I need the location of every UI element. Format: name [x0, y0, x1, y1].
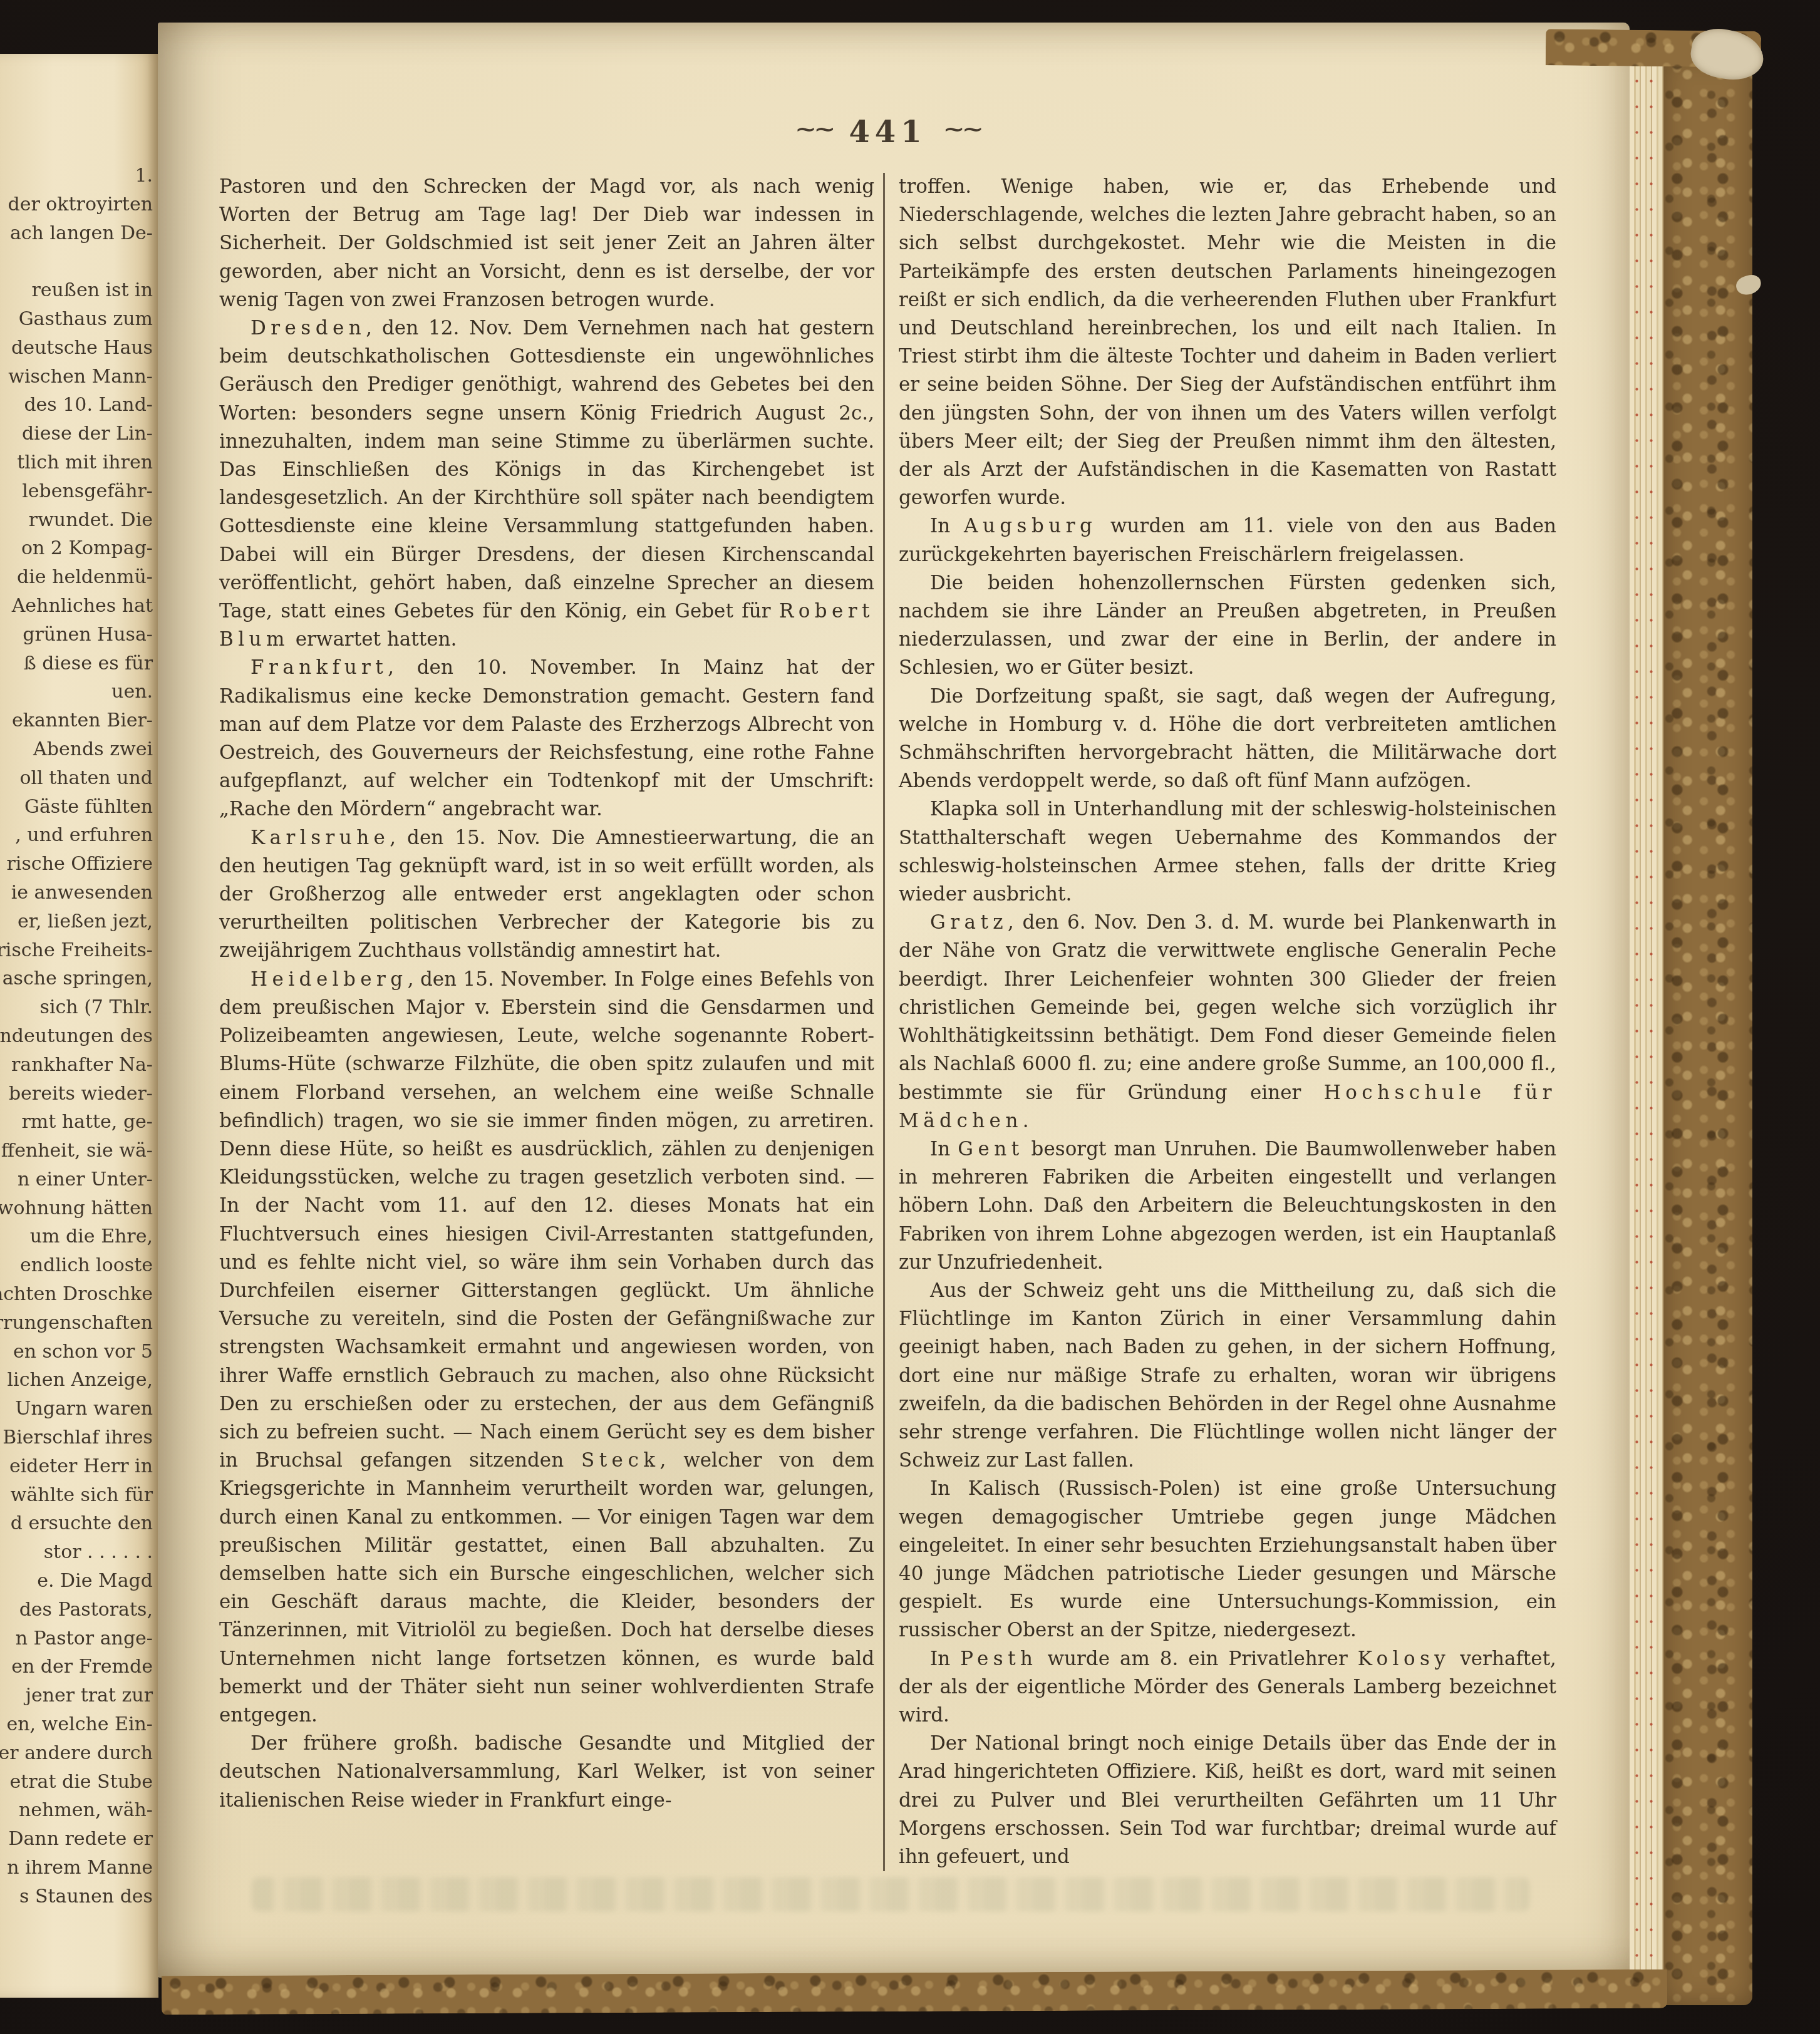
previous-page-line: rankhafter Na- — [0, 1051, 153, 1080]
previous-page-line: oll thaten und — [0, 764, 153, 793]
previous-page-line: endlich looste — [0, 1251, 153, 1280]
previous-page-line: wohnung hätten — [0, 1194, 153, 1223]
letterspaced-name: Karlsruhe — [251, 827, 390, 849]
bleedthrough-ghost-text — [252, 1877, 1529, 1911]
previous-page-fragment: 1.der oktroyirtenach langen De- reußen i… — [0, 54, 158, 1998]
news-paragraph: In Gent besorgt man Unruhen. Die Baumwol… — [899, 1135, 1556, 1277]
news-paragraph: Klapka soll in Unterhandlung mit der sch… — [899, 795, 1556, 909]
letterspaced-name: Frankfurt — [251, 656, 388, 679]
previous-page-line: n ihrem Manne — [0, 1854, 153, 1882]
header-ornament-right: ~~ — [943, 117, 981, 142]
previous-page-line: ndeutungen des — [0, 1022, 153, 1051]
book-cover-right — [1663, 56, 1752, 2005]
previous-page-line: der oktroyirten — [0, 190, 153, 219]
news-paragraph: Frankfurt, den 10. November. In Mainz ha… — [219, 654, 874, 823]
news-paragraph: Dresden, den 12. Nov. Dem Vernehmen nach… — [219, 314, 874, 654]
previous-page-line: ie anwesenden — [0, 879, 153, 907]
previous-page-line: on 2 Kompag- — [0, 534, 153, 563]
page-header: ~~441~~ — [219, 114, 1556, 150]
news-paragraph: Heidelberg, den 15. November. In Folge e… — [219, 966, 874, 1730]
letterspaced-name: Dresden — [251, 317, 366, 339]
letterspaced-name: Pesth — [960, 1648, 1037, 1670]
previous-page-line: ß diese es für — [0, 649, 153, 678]
previous-page-line: ffenheit, sie wä- — [0, 1137, 153, 1165]
news-paragraph: troffen. Wenige haben, wie er, das Erheb… — [899, 173, 1556, 512]
previous-page-line: um die Ehre, — [0, 1222, 153, 1251]
previous-page-line — [0, 247, 153, 276]
previous-page-line: etrat die Stube — [0, 1768, 153, 1797]
previous-page-line: ach langen De- — [0, 219, 153, 248]
previous-page-line: wählte sich für — [0, 1481, 153, 1510]
column-right: troffen. Wenige haben, wie er, das Erheb… — [885, 173, 1556, 1871]
header-ornament-left: ~~ — [795, 117, 832, 142]
previous-page-line: lichen Anzeige, — [0, 1366, 153, 1395]
letterspaced-name: Gent — [958, 1138, 1023, 1160]
page-fore-edge — [1630, 43, 1665, 1979]
previous-page-line: des 10. Land- — [0, 391, 153, 420]
previous-page-line: asche springen, — [0, 964, 153, 993]
previous-page-line: Bierschlaf ihres — [0, 1423, 153, 1452]
previous-page-line: eideter Herr in — [0, 1452, 153, 1481]
news-paragraph: Der National bringt noch einige Details … — [899, 1730, 1556, 1871]
previous-page-line: reußen ist in — [0, 276, 153, 305]
previous-page-line: deutsche Haus — [0, 334, 153, 363]
previous-page-line: Ungarn waren — [0, 1395, 153, 1423]
column-left: Pastoren und den Schrecken der Magd vor,… — [219, 173, 883, 1871]
news-paragraph: Der frühere großh. badische Gesandte und… — [219, 1730, 874, 1815]
previous-page-line: 1. — [0, 162, 153, 190]
news-paragraph: Gratz, den 6. Nov. Den 3. d. M. wurde be… — [899, 909, 1556, 1135]
previous-page-line: rische Offiziere — [0, 850, 153, 879]
previous-page-line: Aehnliches hat — [0, 592, 153, 621]
book-cover-bottom — [162, 1969, 1667, 2015]
letterspaced-name: Augsburg — [964, 515, 1097, 537]
previous-page-line: e. Die Magd — [0, 1567, 153, 1596]
news-paragraph: Aus der Schweiz geht uns die Mittheilung… — [899, 1277, 1556, 1475]
previous-page-line: rische Freiheits- — [0, 936, 153, 965]
letterspaced-name: Heidelberg — [251, 968, 408, 991]
previous-page-line: des Pastorats, — [0, 1596, 153, 1624]
letterspaced-name: Robert Blum — [219, 600, 874, 651]
text-columns: Pastoren und den Schrecken der Magd vor,… — [219, 173, 1556, 1871]
previous-page-line: en schon vor 5 — [0, 1338, 153, 1366]
previous-page-line: n Pastor ange- — [0, 1624, 153, 1653]
letterspaced-name: Kolosy — [1358, 1648, 1450, 1670]
news-paragraph: Pastoren und den Schrecken der Magd vor,… — [219, 173, 874, 314]
previous-page-line: er, ließen jezt, — [0, 907, 153, 936]
previous-page-line: jener trat zur — [0, 1681, 153, 1710]
previous-page-line: nehmen, wäh- — [0, 1796, 153, 1825]
previous-page-line: s Staunen des — [0, 1882, 153, 1911]
letterspaced-name: Gratz — [930, 911, 1008, 934]
news-paragraph: Die beiden hohenzollernschen Fürsten ged… — [899, 569, 1556, 683]
letterspaced-name: Hochschule für Mädchen — [899, 1082, 1556, 1132]
previous-page-line: grünen Husa- — [0, 621, 153, 649]
previous-page-line: rrungenschaften — [0, 1309, 153, 1338]
previous-page-line: wischen Mann- — [0, 363, 153, 391]
previous-page-line: er andere durch — [0, 1739, 153, 1768]
news-paragraph: Die Dorfzeitung spaßt, sie sagt, daß weg… — [899, 683, 1556, 796]
previous-page-line: rwundet. Die — [0, 506, 153, 535]
previous-page-line: sich (7 Thlr. — [0, 993, 153, 1022]
news-paragraph: In Pesth wurde am 8. ein Privatlehrer Ko… — [899, 1645, 1556, 1730]
book-scan: 1.der oktroyirtenach langen De- reußen i… — [0, 0, 1820, 2034]
previous-page-line: Gäste fühlten — [0, 793, 153, 822]
previous-page-line: ekannten Bier- — [0, 706, 153, 735]
previous-page-line: Abends zwei — [0, 735, 153, 764]
previous-page-line: uen. — [0, 678, 153, 706]
news-paragraph: In Augsburg wurden am 11. viele von den … — [899, 512, 1556, 569]
previous-page-line: lebensgefähr- — [0, 477, 153, 506]
previous-page-line: d ersuchte den — [0, 1509, 153, 1538]
news-paragraph: Karlsruhe, den 15. Nov. Die Amnestieerwa… — [219, 824, 874, 966]
previous-page-line: diese der Lin- — [0, 420, 153, 448]
previous-page-line: n einer Unter- — [0, 1165, 153, 1194]
previous-page-line: achten Droschke — [0, 1280, 153, 1309]
previous-page-text: 1.der oktroyirtenach langen De- reußen i… — [0, 162, 153, 1911]
previous-page-line: en, welche Ein- — [0, 1710, 153, 1739]
previous-page-line: bereits wieder- — [0, 1080, 153, 1108]
previous-page-line: , und erfuhren — [0, 821, 153, 850]
previous-page-line: rmt hatte, ge- — [0, 1108, 153, 1137]
previous-page-line: en der Fremde — [0, 1653, 153, 1681]
previous-page-line: Gasthaus zum — [0, 305, 153, 334]
previous-page-line: tlich mit ihren — [0, 448, 153, 477]
letterspaced-name: Steck — [581, 1449, 659, 1472]
page-number: 441 — [849, 115, 926, 150]
previous-page-line: Dann redete er — [0, 1825, 153, 1854]
previous-page-line: stor . . . . . . — [0, 1538, 153, 1567]
page: ~~441~~ Pastoren und den Schrecken der M… — [158, 23, 1630, 1978]
news-paragraph: In Kalisch (Russisch-Polen) ist eine gro… — [899, 1475, 1556, 1644]
previous-page-line: die heldenmü- — [0, 563, 153, 592]
